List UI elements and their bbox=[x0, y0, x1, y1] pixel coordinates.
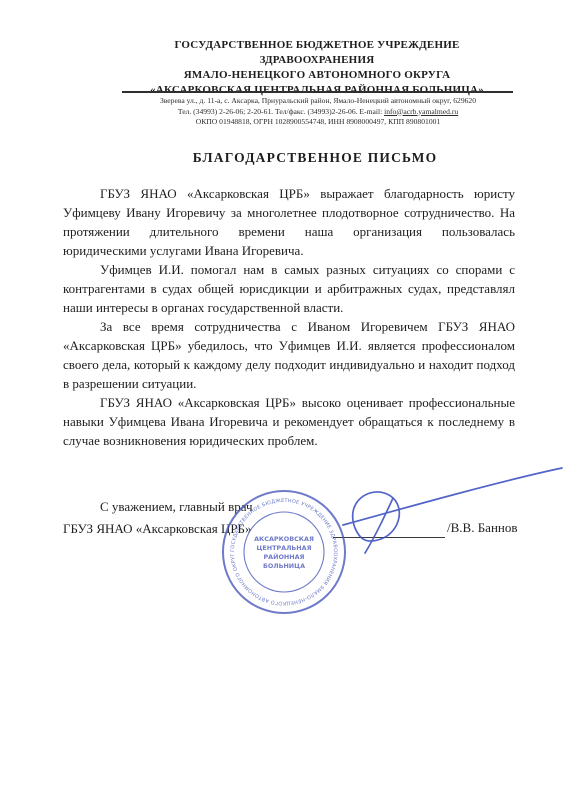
letter-page: ГОСУДАРСТВЕННОЕ БЮДЖЕТНОЕ УЧРЕЖДЕНИЕ ЗДР… bbox=[0, 0, 566, 800]
organization-header: ГОСУДАРСТВЕННОЕ БЮДЖЕТНОЕ УЧРЕЖДЕНИЕ ЗДР… bbox=[120, 38, 514, 98]
body-paragraph-4: ГБУЗ ЯНАО «Аксарковская ЦРБ» высоко оцен… bbox=[63, 393, 515, 450]
letter-title: БЛАГОДАРСТВЕННОЕ ПИСЬМО bbox=[88, 150, 542, 166]
letter-body: ГБУЗ ЯНАО «Аксарковская ЦРБ» выражает бл… bbox=[63, 184, 515, 450]
stamp-center-line-1: АКСАРКОВСКАЯ bbox=[254, 535, 314, 543]
signature-long-stroke bbox=[343, 468, 562, 525]
registration-codes-line: ОКПО 01948818, ОГРН 1028900554748, ИНН 8… bbox=[100, 117, 536, 128]
stamp-center-line-4: БОЛЬНИЦА bbox=[263, 562, 305, 570]
phone-line: Тел. (34993) 2-26-06; 2-20-61. Тел/факс.… bbox=[100, 107, 536, 118]
body-paragraph-2: Уфимцев И.И. помогал нам в самых разных … bbox=[63, 260, 515, 317]
stamp-center-line-2: ЦЕНТРАЛЬНАЯ bbox=[256, 544, 311, 552]
stamp-center-line-3: РАЙОННАЯ bbox=[264, 552, 305, 561]
handwritten-signature bbox=[325, 460, 565, 565]
org-name-line-1: ГОСУДАРСТВЕННОЕ БЮДЖЕТНОЕ УЧРЕЖДЕНИЕ ЗДР… bbox=[120, 38, 514, 68]
body-paragraph-3: За все время сотрудничества с Иваном Иго… bbox=[63, 317, 515, 393]
phone-text: Тел. (34993) 2-26-06; 2-20-61. Тел/факс.… bbox=[178, 107, 384, 116]
email-link[interactable]: info@acrb.yamalmed.ru bbox=[384, 107, 458, 116]
contacts-block: Зверева ул., д. 11-а, с. Аксарка, Приура… bbox=[100, 96, 536, 128]
address-line: Зверева ул., д. 11-а, с. Аксарка, Приура… bbox=[100, 96, 536, 107]
stamp-inner-ring bbox=[244, 512, 324, 592]
header-divider-rule bbox=[122, 91, 513, 93]
body-paragraph-1: ГБУЗ ЯНАО «Аксарковская ЦРБ» выражает бл… bbox=[63, 184, 515, 260]
signature-tail-stroke bbox=[365, 498, 393, 553]
org-name-line-2: ЯМАЛО-НЕНЕЦКОГО АВТОНОМНОГО ОКРУГА bbox=[120, 68, 514, 83]
